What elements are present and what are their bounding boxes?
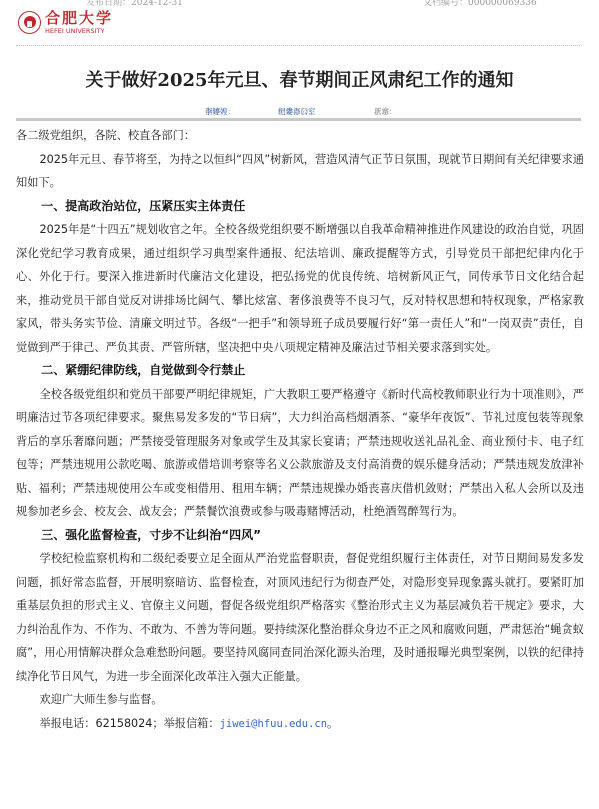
report-phone-label: 举报电话： bbox=[40, 717, 96, 730]
report-email-link[interactable]: jiwei@hfuu.edu.cn bbox=[220, 718, 327, 730]
publish-date-value: 2024-12-31 bbox=[131, 0, 183, 8]
report-phone: 62158024 bbox=[95, 717, 152, 730]
closing-paragraph: 欢迎广大师生参与监督。 bbox=[16, 688, 584, 712]
publish-date-label: 发布日期： bbox=[86, 0, 131, 8]
header-divider bbox=[16, 45, 580, 46]
document-number-value: 000000069336 bbox=[468, 0, 537, 8]
intro-paragraph: 2025年元旦、春节将至，为持之以恒纠“四风”树新风，营造风清气正节日氛围，现就… bbox=[16, 148, 584, 195]
article-title: 关于做好2025年元旦、春节期间正风肃纪工作的通知 bbox=[0, 66, 599, 92]
title-divider bbox=[16, 118, 581, 121]
creator-value[interactable]: 李婷婷 bbox=[205, 106, 228, 117]
department-value[interactable]: 纪委办公室 bbox=[278, 106, 316, 117]
logo-chinese-name: 合肥大学 bbox=[45, 10, 113, 27]
report-contact: 举报电话：62158024；举报信箱：jiwei@hfuu.edu.cn。 bbox=[16, 712, 584, 737]
status-value: 正常 bbox=[374, 106, 389, 117]
publish-date: 发布日期：2024-12-31 bbox=[86, 0, 183, 8]
document-meta: 发布日期：2024-12-31 文档编号：000000069336 bbox=[0, 0, 599, 7]
section-paragraph: 2025年是“十四五”规划收官之年。全校各级党组织要不断增强以自我革命精神推进作… bbox=[16, 218, 584, 359]
university-emblem-icon bbox=[18, 11, 41, 34]
section-heading: 三、强化监督检查，寸步不让纠治“四风” bbox=[16, 524, 584, 548]
report-end: 。 bbox=[327, 717, 338, 730]
university-logo: 合肥大学 HEFEI UNIVERSITY bbox=[18, 9, 113, 35]
article-body: 各二级党组织，各院、校直各部门： 2025年元旦、春节将至，为持之以恒纠“四风”… bbox=[16, 124, 584, 736]
section-heading: 二、紧绷纪律防线，自觉做到令行禁止 bbox=[16, 359, 584, 383]
report-email-label: ；举报信箱： bbox=[152, 717, 219, 730]
section-heading: 一、提高政治站位，压紧压实主体责任 bbox=[16, 195, 584, 219]
logo-english-name: HEFEI UNIVERSITY bbox=[45, 27, 113, 35]
section-paragraph: 学校纪检监察机构和二级纪委要立足全面从严治党监督职责，督促党组织履行主体责任，对… bbox=[16, 547, 584, 688]
salutation: 各二级党组织，各院、校直各部门： bbox=[16, 124, 584, 148]
document-number: 文档编号：000000069336 bbox=[423, 0, 537, 8]
section-paragraph: 全校各级党组织和党员干部要严明纪律规矩，广大教职工要严格遵守《新时代高校教师职业… bbox=[16, 383, 584, 524]
document-number-label: 文档编号： bbox=[423, 0, 468, 8]
